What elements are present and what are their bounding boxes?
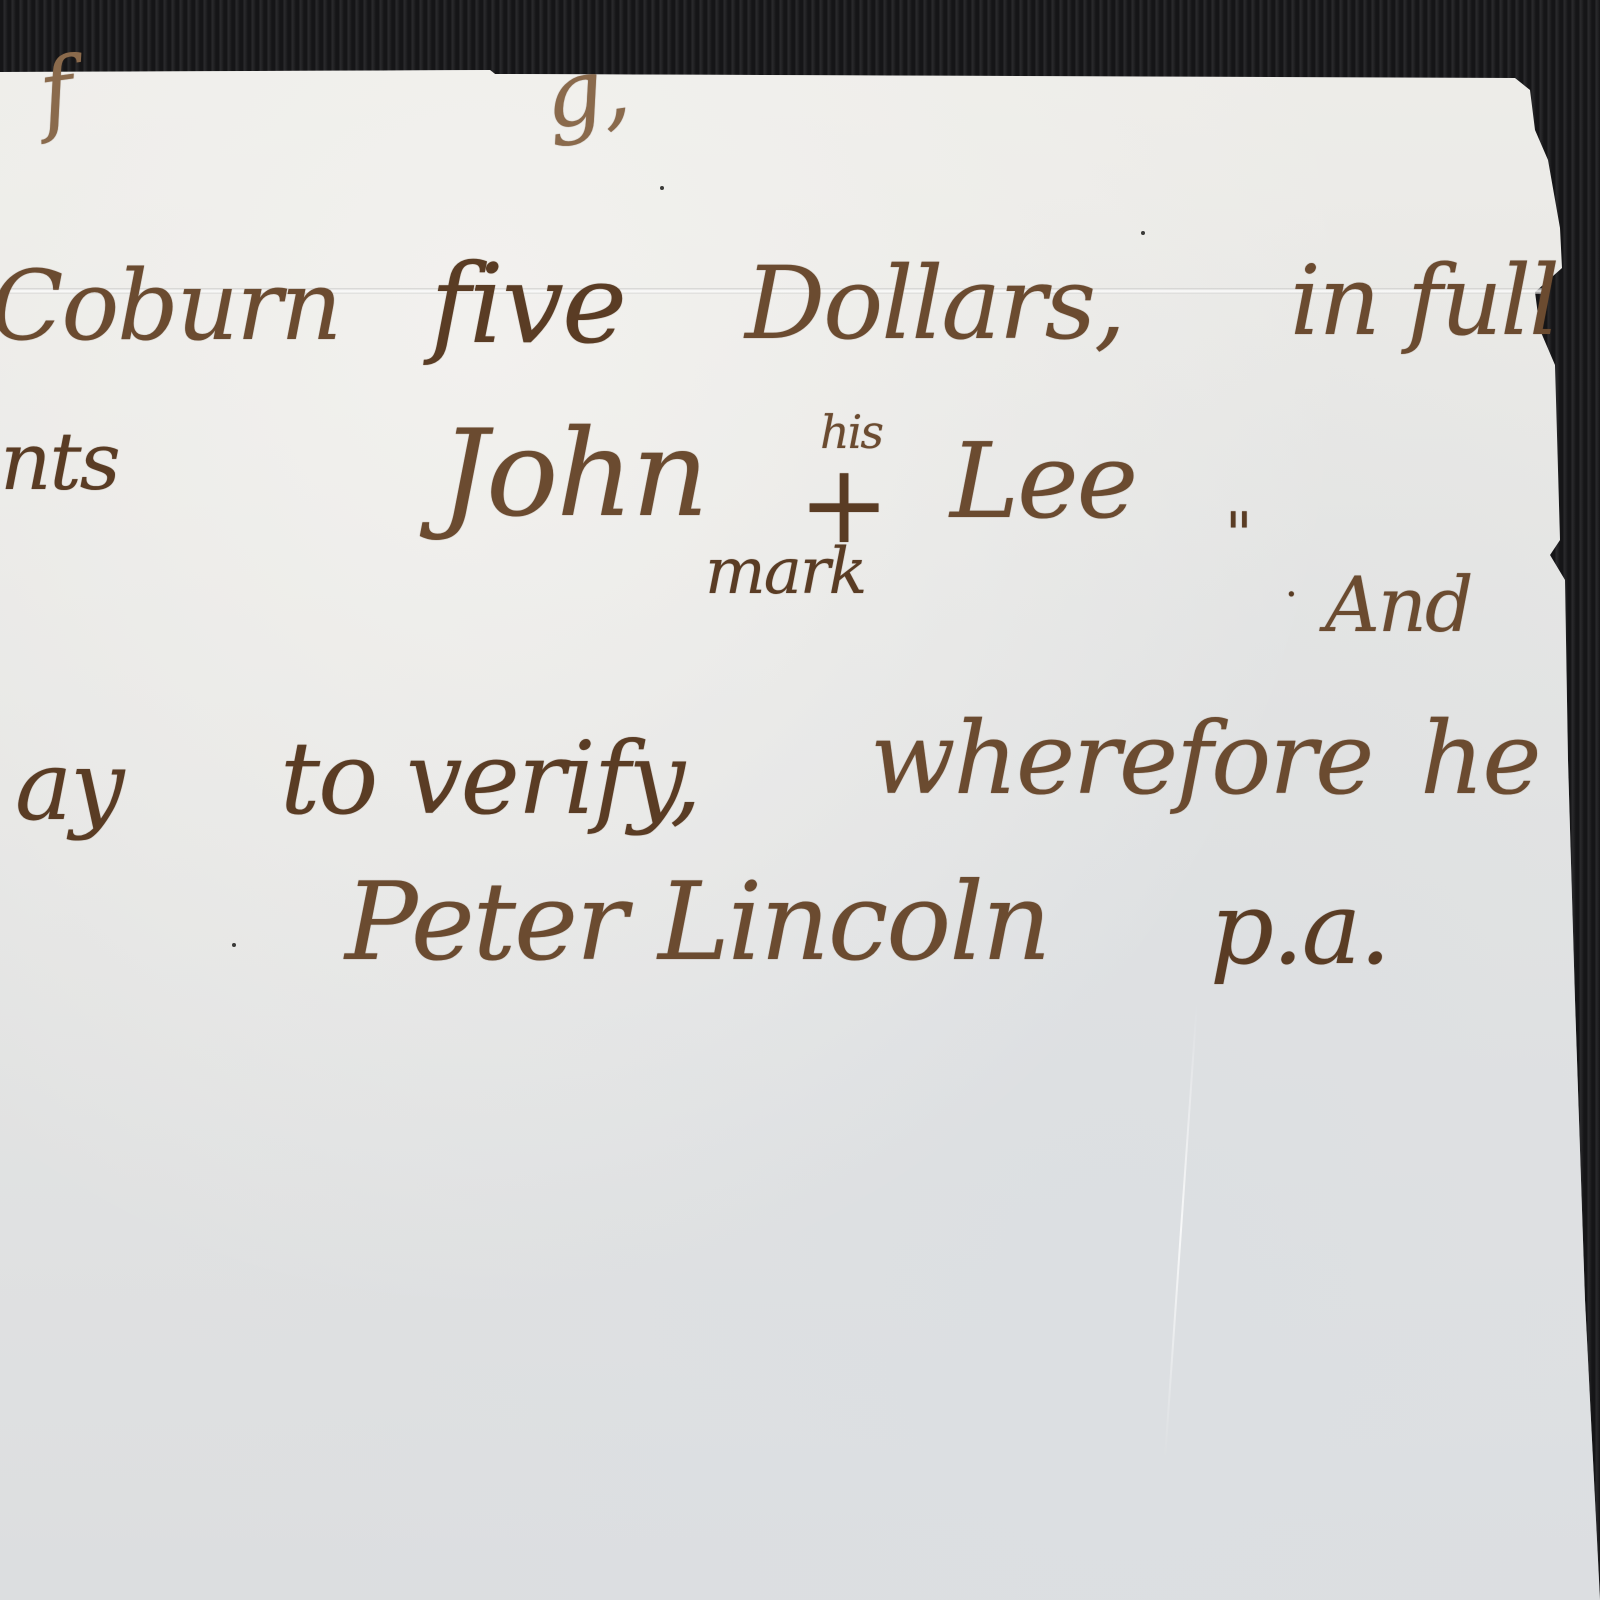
ink-speck [660,186,664,190]
word-coburn: Coburn [0,250,340,362]
ink-speck [1141,231,1145,235]
word-dollars: Dollars, [745,245,1124,362]
word-fragment-nts: nts [0,415,119,508]
mark-label-mark: mark [705,535,865,609]
word-wherefore: wherefore [870,700,1372,817]
signature-peter-lincoln: Peter Lincoln [345,860,1049,985]
signature-suffix: p.a. [1210,870,1389,987]
word-five: five [430,240,625,368]
ink-speck [232,943,236,947]
signature-name-lee: Lee [950,420,1136,542]
ditto-mark: " [1225,500,1251,570]
period-mark: . [1285,560,1296,606]
word-he: he [1420,700,1540,817]
word-to-verify: to verify, [280,720,700,837]
word-fragment-ay: ay [15,730,122,842]
signature-name-john: John [440,405,707,544]
word-and: And [1325,560,1471,649]
word-in-full: in full [1290,245,1558,357]
top-fragment-2: g, [538,35,634,150]
